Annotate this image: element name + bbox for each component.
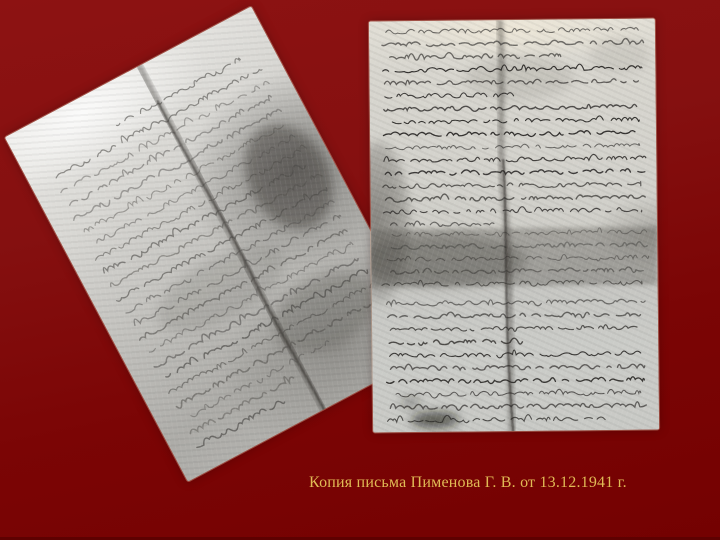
right-letter-handwriting-layer <box>369 19 659 433</box>
letter-photo-right <box>369 19 659 433</box>
caption: Копия письма Пименова Г. В. от 13.12.194… <box>309 474 627 492</box>
slide-background: Копия письма Пименова Г. В. от 13.12.194… <box>0 0 720 540</box>
